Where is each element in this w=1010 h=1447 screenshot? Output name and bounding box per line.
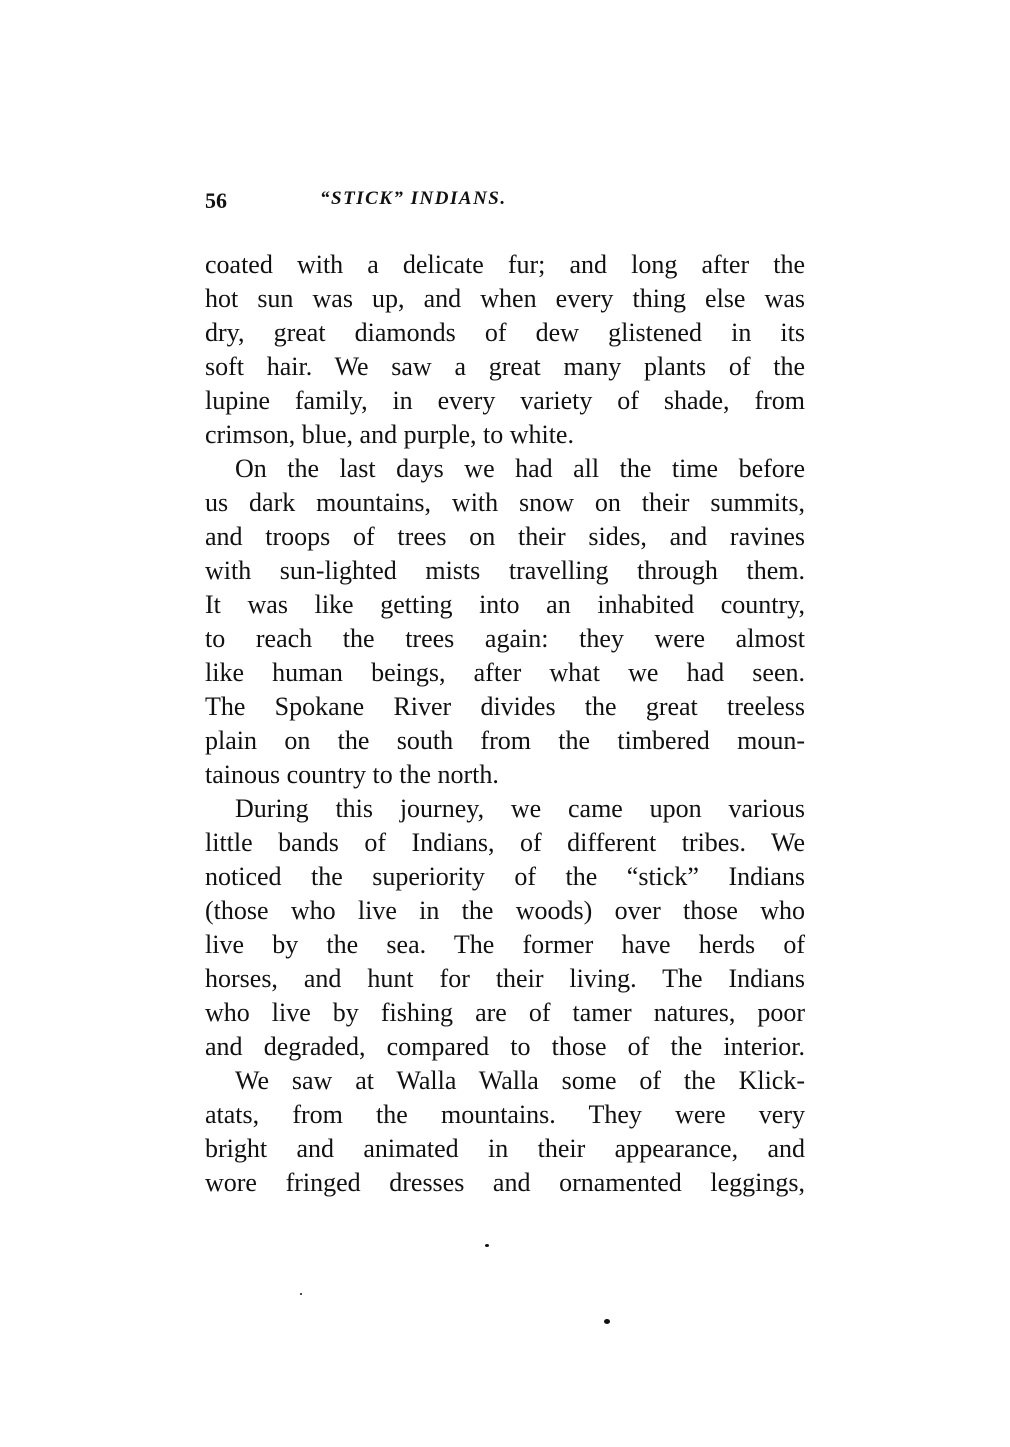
text-line: and troops of trees on their sides, and … [205,520,805,554]
text-line: noticed the superiority of the “stick” I… [205,860,805,894]
text-line: It was like getting into an inhabited co… [205,588,805,622]
text-line: tainous country to the north. [205,758,805,792]
text-line: with sun-lighted mists travelling throug… [205,554,805,588]
text-line: lupine family, in every variety of shade… [205,384,805,418]
text-line: wore fringed dresses and ornamented legg… [205,1166,805,1200]
text-line: live by the sea. The former have herds o… [205,928,805,962]
text-line: On the last days we had all the time bef… [205,452,805,486]
text-line: soft hair. We saw a great many plants of… [205,350,805,384]
paragraph-4: We saw at Walla Walla some of the Klick-… [205,1064,805,1200]
text-line: hot sun was up, and when every thing els… [205,282,805,316]
running-head: 56 “STICK” INDIANS. [205,188,805,218]
body-text: coated with a delicate fur; and long aft… [205,248,805,1200]
text-line: atats, from the mountains. They were ver… [205,1098,805,1132]
text-line: like human beings, after what we had see… [205,656,805,690]
text-line: crimson, blue, and purple, to white. [205,418,805,452]
text-line: who live by fishing are of tamer natures… [205,996,805,1030]
text-line: horses, and hunt for their living. The I… [205,962,805,996]
text-line: During this journey, we came upon variou… [205,792,805,826]
text-line: us dark mountains, with snow on their su… [205,486,805,520]
paragraph-1: coated with a delicate fur; and long aft… [205,248,805,452]
text-line: little bands of Indians, of different tr… [205,826,805,860]
paragraph-3: During this journey, we came upon variou… [205,792,805,1064]
text-line: coated with a delicate fur; and long aft… [205,248,805,282]
page-number: 56 [205,188,227,214]
text-line: plain on the south from the timbered mou… [205,724,805,758]
text-line: dry, great diamonds of dew glistened in … [205,316,805,350]
running-title: “STICK” INDIANS. [320,188,507,210]
text-line: The Spokane River divides the great tree… [205,690,805,724]
text-line: (those who live in the woods) over those… [205,894,805,928]
text-line: and degraded, compared to those of the i… [205,1030,805,1064]
text-line: to reach the trees again: they were almo… [205,622,805,656]
scan-speck [300,1293,302,1295]
scan-speck [485,1244,489,1247]
text-line: We saw at Walla Walla some of the Klick- [205,1064,805,1098]
text-line: bright and animated in their appearance,… [205,1132,805,1166]
scan-speck [604,1319,610,1324]
paragraph-2: On the last days we had all the time bef… [205,452,805,792]
